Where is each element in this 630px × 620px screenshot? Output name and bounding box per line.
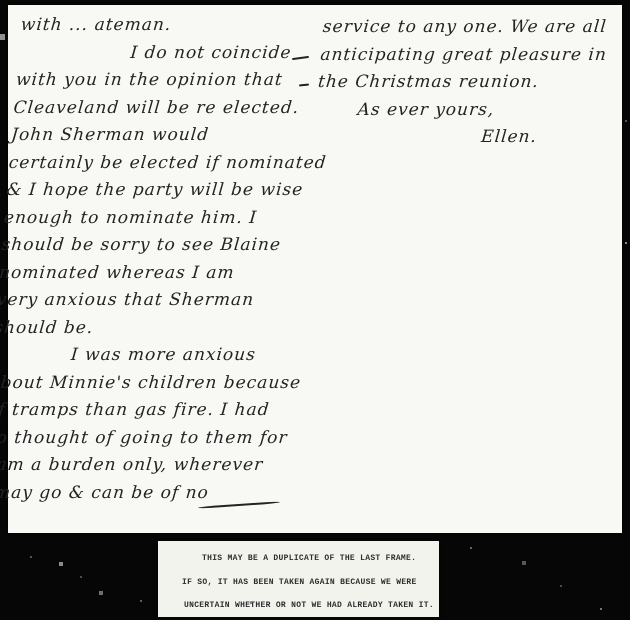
handwritten-line: no thought of going to them for bbox=[0, 425, 288, 453]
handwritten-line: the Christmas reunion. bbox=[317, 69, 623, 97]
handwritten-line: John Sherman would bbox=[10, 122, 314, 150]
notice-line: THIS MAY BE A DUPLICATE OF THE LAST FRAM… bbox=[202, 554, 416, 563]
notice-line: UNCERTAIN WHETHER OR NOT WE HAD ALREADY … bbox=[184, 601, 434, 610]
handwritten-line: should be sorry to see Blaine bbox=[0, 232, 304, 260]
film-dust-specks bbox=[0, 0, 2, 2]
duplicate-frame-notice: THIS MAY BE A DUPLICATE OF THE LAST FRAM… bbox=[158, 541, 439, 617]
letter-left-column: with ... ateman. I do not coincide with … bbox=[0, 12, 324, 507]
handwritten-line: I do not coincide bbox=[129, 40, 321, 68]
handwritten-line: I was more anxious bbox=[70, 342, 295, 370]
handwritten-line: very anxious that Sherman bbox=[0, 287, 300, 315]
handwritten-line: with you in the opinion that bbox=[15, 67, 319, 95]
handwritten-line: should be. bbox=[0, 315, 298, 343]
microfilm-frame: with ... ateman. I do not coincide with … bbox=[0, 0, 630, 620]
handwritten-line: enough to nominate him. I bbox=[3, 205, 307, 233]
letter-right-column: service to any one. We are all anticipat… bbox=[312, 14, 628, 152]
handwritten-line: of tramps than gas fire. I had bbox=[0, 397, 290, 425]
handwritten-line: about Minnie's children because bbox=[0, 370, 293, 398]
notice-line: IF SO, IT HAS BEEN TAKEN AGAIN BECAUSE W… bbox=[182, 578, 417, 587]
handwritten-line: & I hope the party will be wise bbox=[5, 177, 309, 205]
letter-page: with ... ateman. I do not coincide with … bbox=[8, 5, 622, 533]
handwritten-line: service to any one. We are all bbox=[322, 14, 628, 42]
signature-line: Ellen. bbox=[480, 124, 618, 152]
closing-line: As ever yours, bbox=[356, 97, 620, 125]
handwritten-line: with ... ateman. bbox=[20, 12, 324, 40]
handwritten-line: nominated whereas I am bbox=[0, 260, 302, 288]
handwritten-line: anticipating great pleasure in bbox=[319, 42, 625, 70]
handwritten-line: certainly be elected if nominated bbox=[8, 150, 312, 178]
handwritten-line: Cleaveland will be re elected. bbox=[12, 95, 316, 123]
handwritten-line: I am a burden only, wherever bbox=[0, 452, 286, 480]
